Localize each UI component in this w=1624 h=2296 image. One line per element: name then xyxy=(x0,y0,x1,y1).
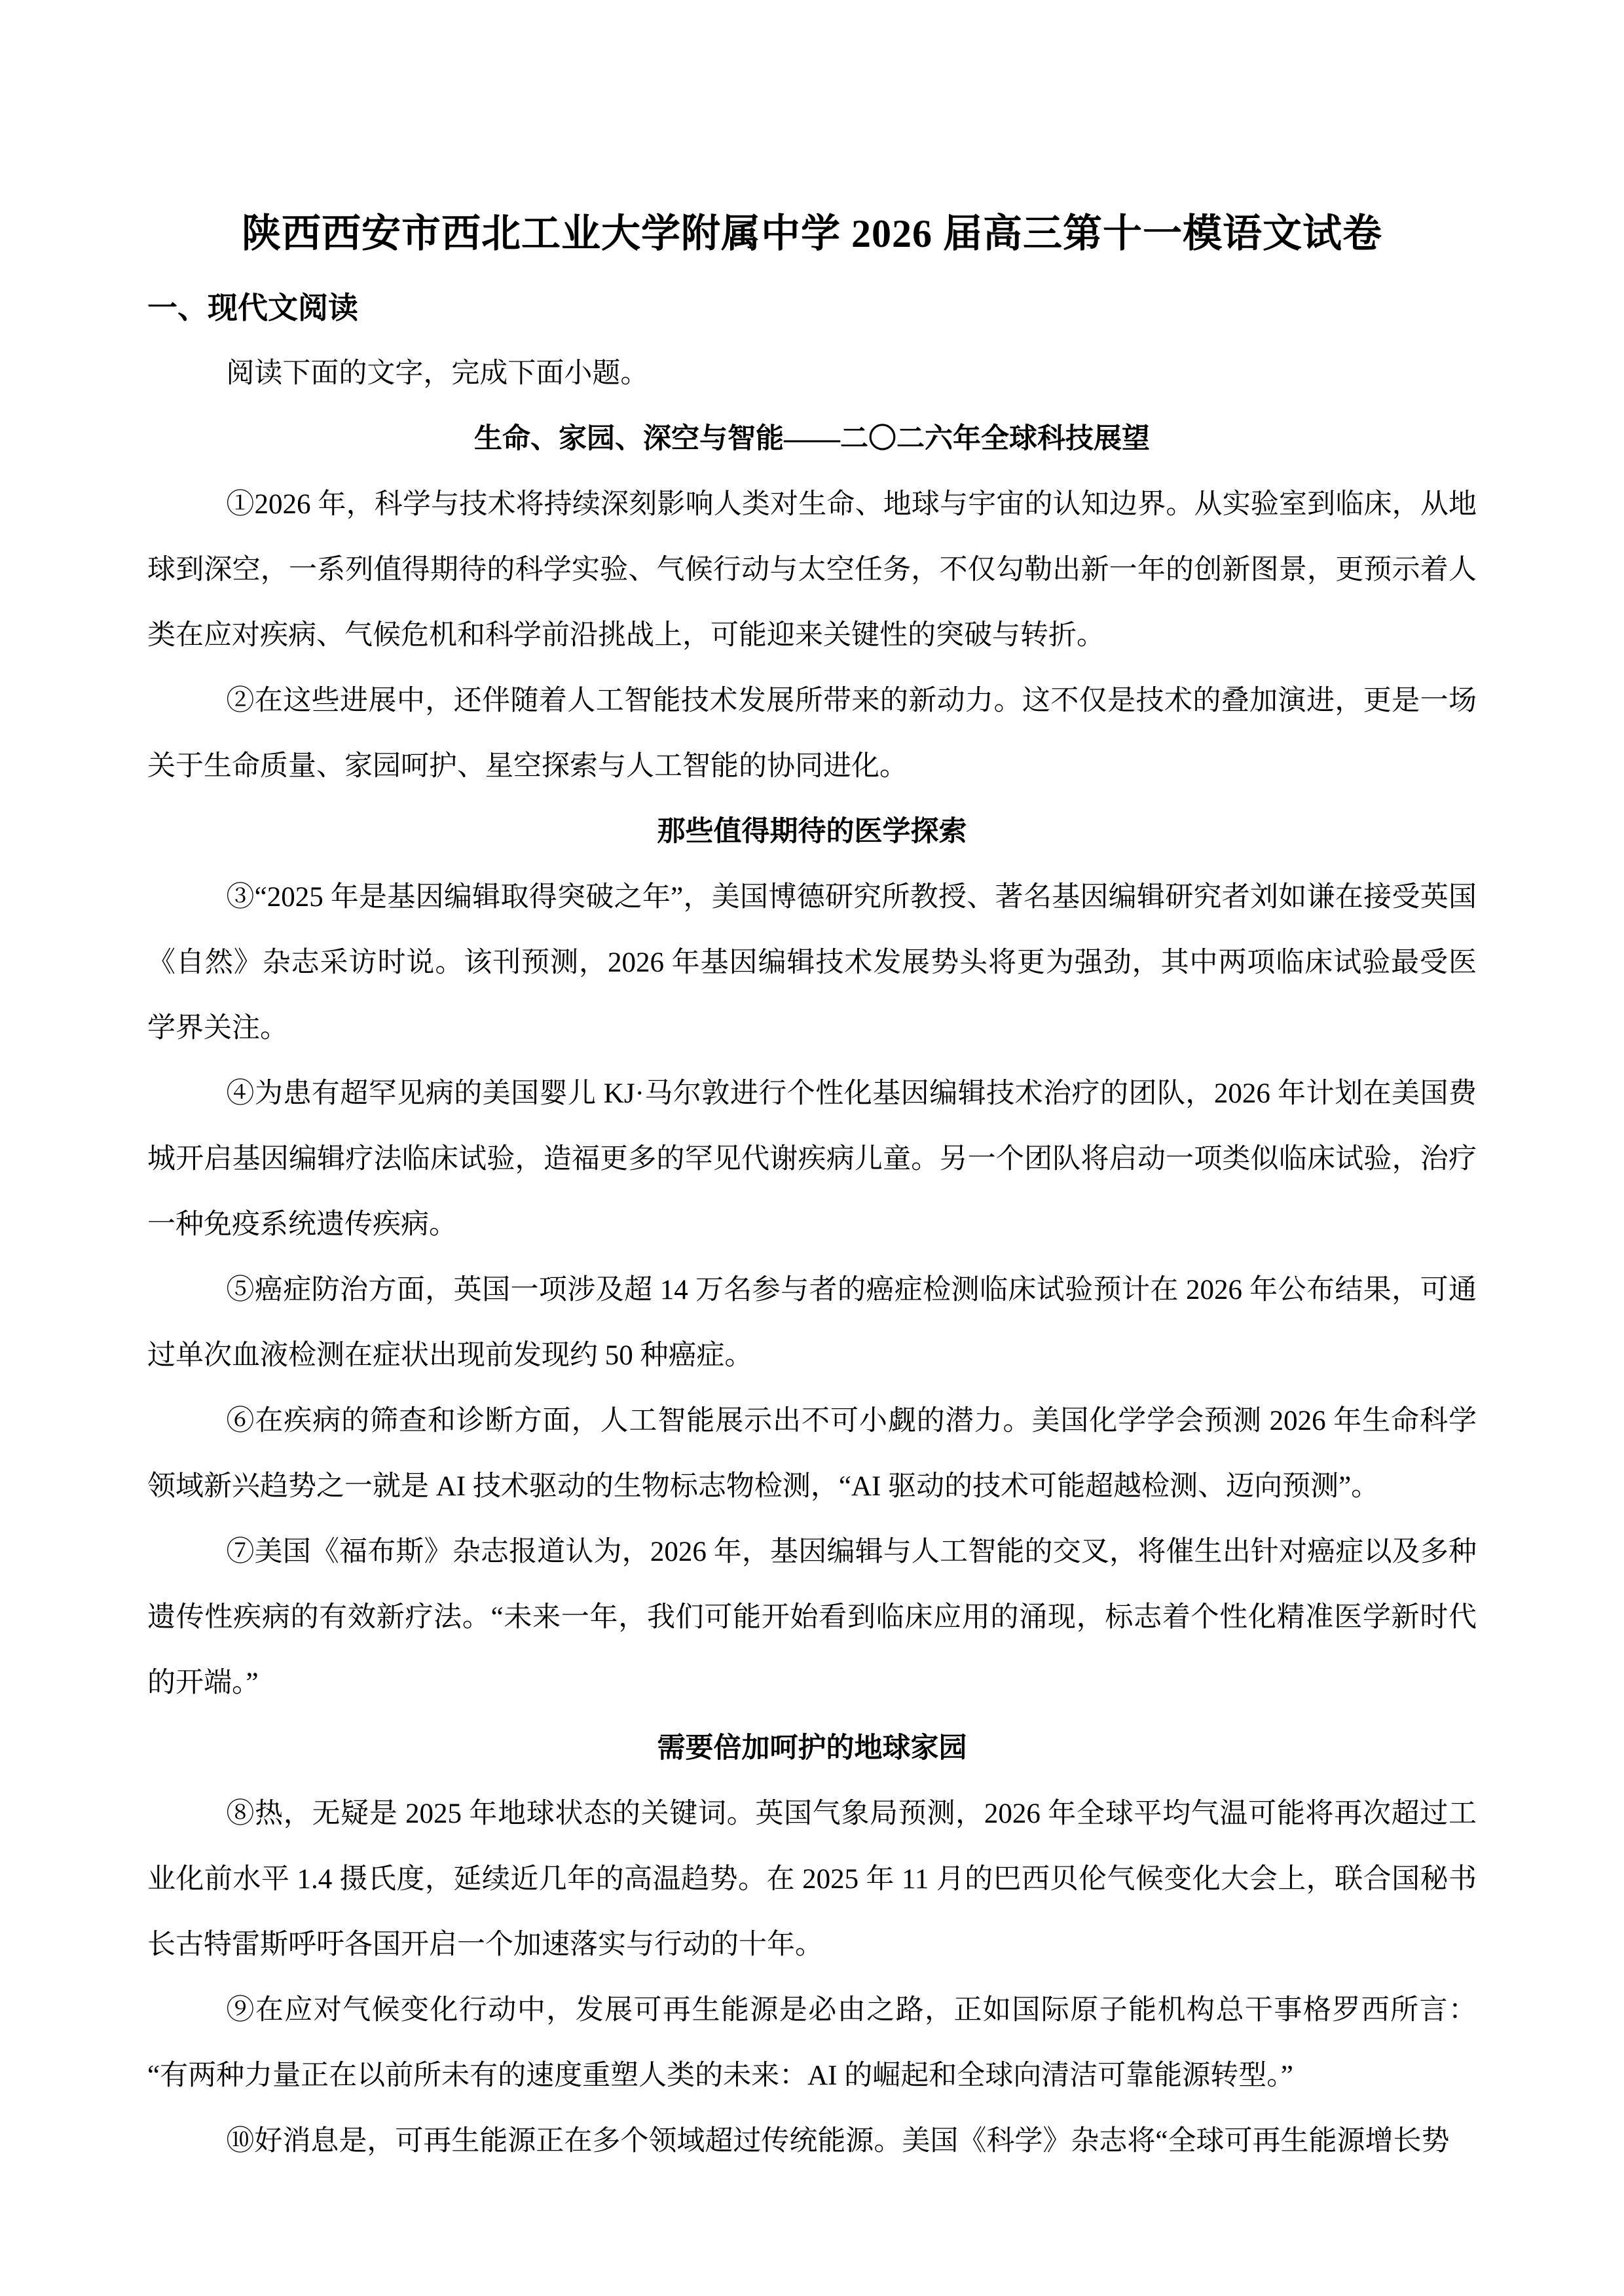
paragraph-2: ②在这些进展中，还伴随着人工智能技术发展所带来的新动力。这不仅是技术的叠加演进，… xyxy=(147,668,1477,799)
paragraph-8: ⑧热，无疑是 2025 年地球状态的关键词。英国气象局预测，2026 年全球平均… xyxy=(147,1781,1477,1978)
reading-instruction: 阅读下面的文字，完成下面小题。 xyxy=(147,341,1477,407)
paragraph-7: ⑦美国《福布斯》杂志报道认为，2026 年，基因编辑与人工智能的交叉，将催生出针… xyxy=(147,1520,1477,1716)
subheading-earth: 需要倍加呵护的地球家园 xyxy=(147,1716,1477,1781)
exam-page: 陕西西安市西北工业大学附属中学 2026 届高三第十一模语文试卷 一、现代文阅读… xyxy=(0,0,1624,2296)
paragraph-4: ④为患有超罕见病的美国婴儿 KJ·马尔敦进行个性化基因编辑技术治疗的团队，202… xyxy=(147,1061,1477,1258)
paragraph-1: ①2026 年，科学与技术将持续深刻影响人类对生命、地球与宇宙的认知边界。从实验… xyxy=(147,472,1477,668)
subheading-medical: 那些值得期待的医学探索 xyxy=(147,799,1477,865)
article-body: 阅读下面的文字，完成下面小题。 生命、家园、深空与智能——二〇二六年全球科技展望… xyxy=(147,341,1477,2174)
paragraph-6: ⑥在疾病的筛查和诊断方面，人工智能展示出不可小觑的潜力。美国化学学会预测 202… xyxy=(147,1389,1477,1520)
paragraph-9: ⑨在应对气候变化行动中，发展可再生能源是必由之路，正如国际原子能机构总干事格罗西… xyxy=(147,1978,1477,2109)
paragraph-3: ③“2025 年是基因编辑取得突破之年”，美国博德研究所教授、著名基因编辑研究者… xyxy=(147,865,1477,1061)
article-title: 生命、家园、深空与智能——二〇二六年全球科技展望 xyxy=(147,407,1477,472)
paragraph-10: ⑩好消息是，可再生能源正在多个领域超过传统能源。美国《科学》杂志将“全球可再生能… xyxy=(147,2109,1477,2174)
page-title: 陕西西安市西北工业大学附属中学 2026 届高三第十一模语文试卷 xyxy=(147,0,1477,259)
section-heading-modern-reading: 一、现代文阅读 xyxy=(147,276,1477,341)
paragraph-5: ⑤癌症防治方面，英国一项涉及超 14 万名参与者的癌症检测临床试验预计在 202… xyxy=(147,1258,1477,1389)
